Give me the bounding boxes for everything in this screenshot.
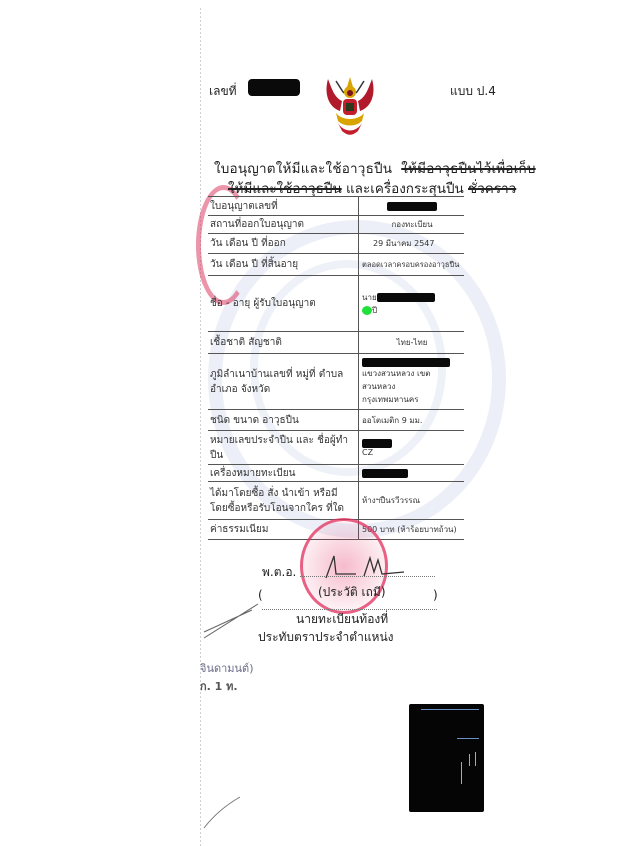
name-prefix: นาย <box>362 293 377 302</box>
row-label: ชื่อ - อายุ ผู้รับใบอนุญาต <box>208 276 359 332</box>
manufacturer: CZ <box>362 448 373 457</box>
name-redacted <box>377 293 435 302</box>
photo-artifact <box>457 738 479 739</box>
title-plain-2: และเครื่องกระสุนปืน <box>346 181 464 197</box>
row-value: ออโตเมติก 9 มม. <box>359 410 465 431</box>
table-row: ใบอนุญาตเลขที่ <box>208 197 464 216</box>
table-row: เครื่องหมายทะเบียน <box>208 465 464 482</box>
age-highlight <box>362 306 372 315</box>
pen-stroke-mark <box>202 600 262 640</box>
row-value <box>359 197 465 216</box>
table-row: วัน เดือน ปี ที่ออก 29 มีนาคม 2547 <box>208 234 464 254</box>
stamp-note: ประทับตราประจำตำแหน่ง <box>258 628 394 647</box>
row-value <box>359 465 465 482</box>
row-label: หมายเลขประจำปืน และ ชื่อผู้ทำปืน <box>208 431 359 465</box>
row-value: ห้างฯปืนรวีวรรณ <box>359 482 465 520</box>
title-struck: ให้มีอาวุธปืนไว้เพื่อเก็บ <box>401 161 535 177</box>
photo-artifact <box>421 709 479 710</box>
table-row: วัน เดือน ปี ที่สิ้นอายุ ตลอดเวลาครอบครอ… <box>208 254 464 276</box>
license-details-table: ใบอนุญาตเลขที่ สถานที่ออกใบอนุญาต กองทะเ… <box>208 196 464 540</box>
table-row: ชนิด ขนาด อาวุธปืน ออโตเมติก 9 มม. <box>208 410 464 431</box>
table-row: เชื้อชาติ สัญชาติ ไทย-ไทย <box>208 332 464 354</box>
row-value: นาย ปี <box>359 276 465 332</box>
address-line-2: แขวงสวนหลวง เขตสวนหลวง <box>362 369 430 391</box>
row-label: ใบอนุญาตเลขที่ <box>208 197 359 216</box>
row-label: วัน เดือน ปี ที่สิ้นอายุ <box>208 254 359 276</box>
redacted-photo <box>409 704 484 812</box>
registrar-position: นายทะเบียนท้องที่ <box>296 610 388 629</box>
table-row: ได้มาโดยซื้อ สั่ง นำเข้า หรือมี โดยซื้อห… <box>208 482 464 520</box>
garuda-emblem-icon <box>322 73 378 137</box>
age-suffix: ปี <box>372 306 377 315</box>
handwritten-signature <box>316 552 406 582</box>
row-value: CZ <box>359 431 465 465</box>
table-row: ภูมิลำเนาบ้านเลขที่ หมู่ที่ ตำบล อำเภอ จ… <box>208 354 464 410</box>
row-value: ไทย-ไทย <box>359 332 465 354</box>
row-label: ชนิด ขนาด อาวุธปืน <box>208 410 359 431</box>
row-value: กองทะเบียน <box>359 216 465 234</box>
signer-name: (ประวัติ เถมี) <box>318 583 386 602</box>
left-note-line-2: ก. 1 ท. <box>200 677 238 695</box>
row-label: สถานที่ออกใบอนุญาต <box>208 216 359 234</box>
pen-stroke-mark <box>202 795 242 830</box>
table-row: สถานที่ออกใบอนุญาต กองทะเบียน <box>208 216 464 234</box>
row-value: แขวงสวนหลวง เขตสวนหลวง กรุงเทพมหานคร <box>359 354 465 410</box>
address-line-3: กรุงเทพมหานคร <box>362 395 418 404</box>
row-label: ภูมิลำเนาบ้านเลขที่ หมู่ที่ ตำบล อำเภอ จ… <box>208 354 359 410</box>
document-number-redacted <box>248 79 300 96</box>
title-struck-a: ให้มีและใช้อาวุธปืน <box>228 181 342 197</box>
scan-page-edge <box>200 8 201 846</box>
table-row: หมายเลขประจำปืน และ ชื่อผู้ทำปืน CZ <box>208 431 464 465</box>
photo-artifact <box>475 752 476 766</box>
close-paren: ) <box>433 588 438 602</box>
row-label: เครื่องหมายทะเบียน <box>208 465 359 482</box>
serial-redacted <box>362 439 392 448</box>
license-number-redacted <box>387 202 437 211</box>
row-label: วัน เดือน ปี ที่ออก <box>208 234 359 254</box>
photo-artifact <box>469 754 470 766</box>
address-redacted <box>362 358 450 367</box>
signer-rank: พ.ต.อ. <box>262 563 296 582</box>
form-code: แบบ ป.4 <box>450 82 496 101</box>
row-value: 29 มีนาคม 2547 <box>359 234 465 254</box>
title-line-1: ใบอนุญาตให้มีและใช้อาวุธปืน ให้มีอาวุธปื… <box>214 157 536 179</box>
left-note-line-1: จินดามนต์) <box>200 659 254 677</box>
row-value: ตลอดเวลาครอบครองอาวุธปืน <box>359 254 465 276</box>
row-label: เชื้อชาติ สัญชาติ <box>208 332 359 354</box>
title-plain: ใบอนุญาตให้มีและใช้อาวุธปืน <box>214 161 392 177</box>
table-row: ชื่อ - อายุ ผู้รับใบอนุญาต นาย ปี <box>208 276 464 332</box>
document-number-label: เลขที่ <box>209 82 237 101</box>
title-struck-b: ชั่วคราว <box>468 181 516 197</box>
registration-mark-redacted <box>362 469 408 478</box>
photo-artifact <box>461 762 462 784</box>
row-label: ได้มาโดยซื้อ สั่ง นำเข้า หรือมี โดยซื้อห… <box>208 482 359 520</box>
